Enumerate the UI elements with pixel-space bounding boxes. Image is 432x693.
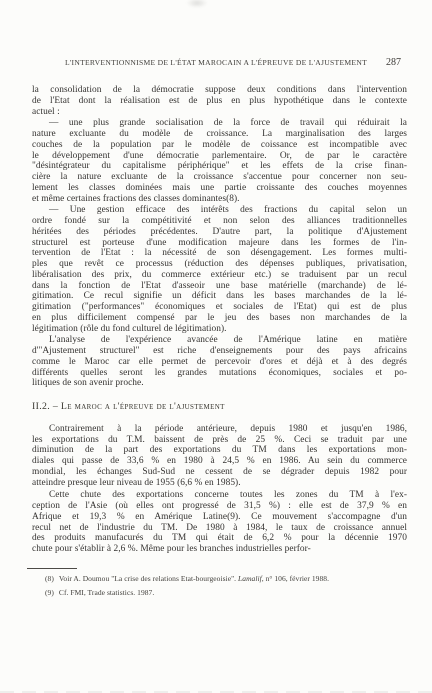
footnote-item: (9)Cf. FMI, Trade statistics. 1987. [45,588,405,597]
text-line: dans la fonction de l'Etat d'asseoir une… [32,281,407,292]
text-line: diales qui passe de 33,6 % en 1980 à 24,… [32,456,407,467]
text-line: chute pour s'établir à 2,6 %. Même pour … [32,544,407,555]
text-line: tervention de l'Etat : la nécessité de s… [32,248,407,259]
text-line: — Une gestion efficace des intérêts des … [32,205,407,216]
running-title: L'interventionnisme de l'État marocain a… [32,58,386,67]
text-line: des produits manufacurés du TM qui était… [32,533,407,544]
text-line: structurel est porteuse d'une modificati… [32,238,407,249]
footnote-text: Voir A. Doumou "La crise des relations E… [59,574,329,583]
paragraph: Contrairement à la période antérieure, d… [32,424,407,489]
text-line: Afrique et 19,3 % en Amérique Latine(9).… [32,512,407,523]
paragraph: la consolidation de la démocratie suppos… [32,85,407,117]
footnote-label: (8) [45,574,54,583]
text-line: atteindre presque leur niveau de 1955 (6… [32,478,407,489]
text-line: nature excluante du modèle de croissance… [32,129,407,140]
section-heading: II.2. – Le maroc a l'épreuve de l'ajuste… [32,402,407,413]
footnote-label: (9) [45,588,54,597]
text-column: la consolidation de la démocratie suppos… [32,85,407,556]
scan-smudge-artifact [186,0,208,8]
text-line: Contrairement à la période antérieure, d… [32,424,407,435]
footnote-journal-title: Lamalif, [238,574,264,583]
text-line: diminution de la part des exportations d… [32,445,407,456]
text-line: Cette chute des exportations concerne to… [32,490,407,501]
footnote-text: Cf. FMI, Trade statistics. 1987. [59,588,154,597]
paragraph: L'analyse de l'expérience avancée de l'A… [32,335,407,389]
text-line: recul net de l'industrie du TM. De 1980 … [32,523,407,534]
text-line: litiques de son avenir proche. [32,378,407,389]
text-line: mondial, les échanges Sud-Sud ne cessent… [32,467,407,478]
page-number: 287 [386,57,407,68]
text-line: — une plus grande socialisation de la fo… [32,118,407,129]
paragraph: — une plus grande socialisation de la fo… [32,118,407,204]
text-line: libéralisation des prix, du commerce ext… [32,270,407,281]
text-line: le développement d'une démocratie parlem… [32,151,407,162]
text-line: cière la nature excluante de la croissan… [32,172,407,183]
text-line: différents quelles seront les grandes mu… [32,368,407,379]
text-line: les exportations du T.M. baissent de prè… [32,435,407,446]
paragraph: — Une gestion efficace des intérêts des … [32,205,407,334]
text-line: actuel : [32,107,407,118]
page-container: L'interventionnisme de l'État marocain a… [0,0,432,693]
text-line: de l'Etat dont la réalisation est de plu… [32,96,407,107]
text-line: comme le Maroc car elle permet de percev… [32,357,407,368]
text-line: héritées des périodes précédentes. D'aut… [32,227,407,238]
text-line: gitimation ("performances" économiques e… [32,302,407,313]
text-line: ples que revêt ce processus (réduction d… [32,259,407,270]
text-line: "désintégrateur du capitalisme périphéri… [32,161,407,172]
running-head: L'interventionnisme de l'État marocain a… [32,57,407,68]
text-line: d'"Ajustement structurel" est riche d'en… [32,346,407,357]
text-line: en plus difficilement compensé par le je… [32,313,407,324]
text-line: ordre fondé sur la compétitivité et non … [32,216,407,227]
footnotes: (8)Voir A. Doumou "La crise des relation… [45,574,405,601]
text-line: lement les classes dominées mais une par… [32,183,407,194]
text-line: et même certaines fractions des classes … [32,194,407,205]
footnote-item: (8)Voir A. Doumou "La crise des relation… [45,574,405,583]
paragraph: Cette chute des exportations concerne to… [32,490,407,555]
text-line: gitimation. Ce recul signifie un déficit… [32,291,407,302]
text-line: L'analyse de l'expérience avancée de l'A… [32,335,407,346]
text-line: la consolidation de la démocratie suppos… [32,85,407,96]
footnote-rule [27,568,77,569]
text-line: légitimation (rôle du fond culturel de l… [32,324,407,335]
text-line: couches de la population par le modèle d… [32,140,407,151]
text-line: ception de l'Asie (où elles ont progress… [32,501,407,512]
